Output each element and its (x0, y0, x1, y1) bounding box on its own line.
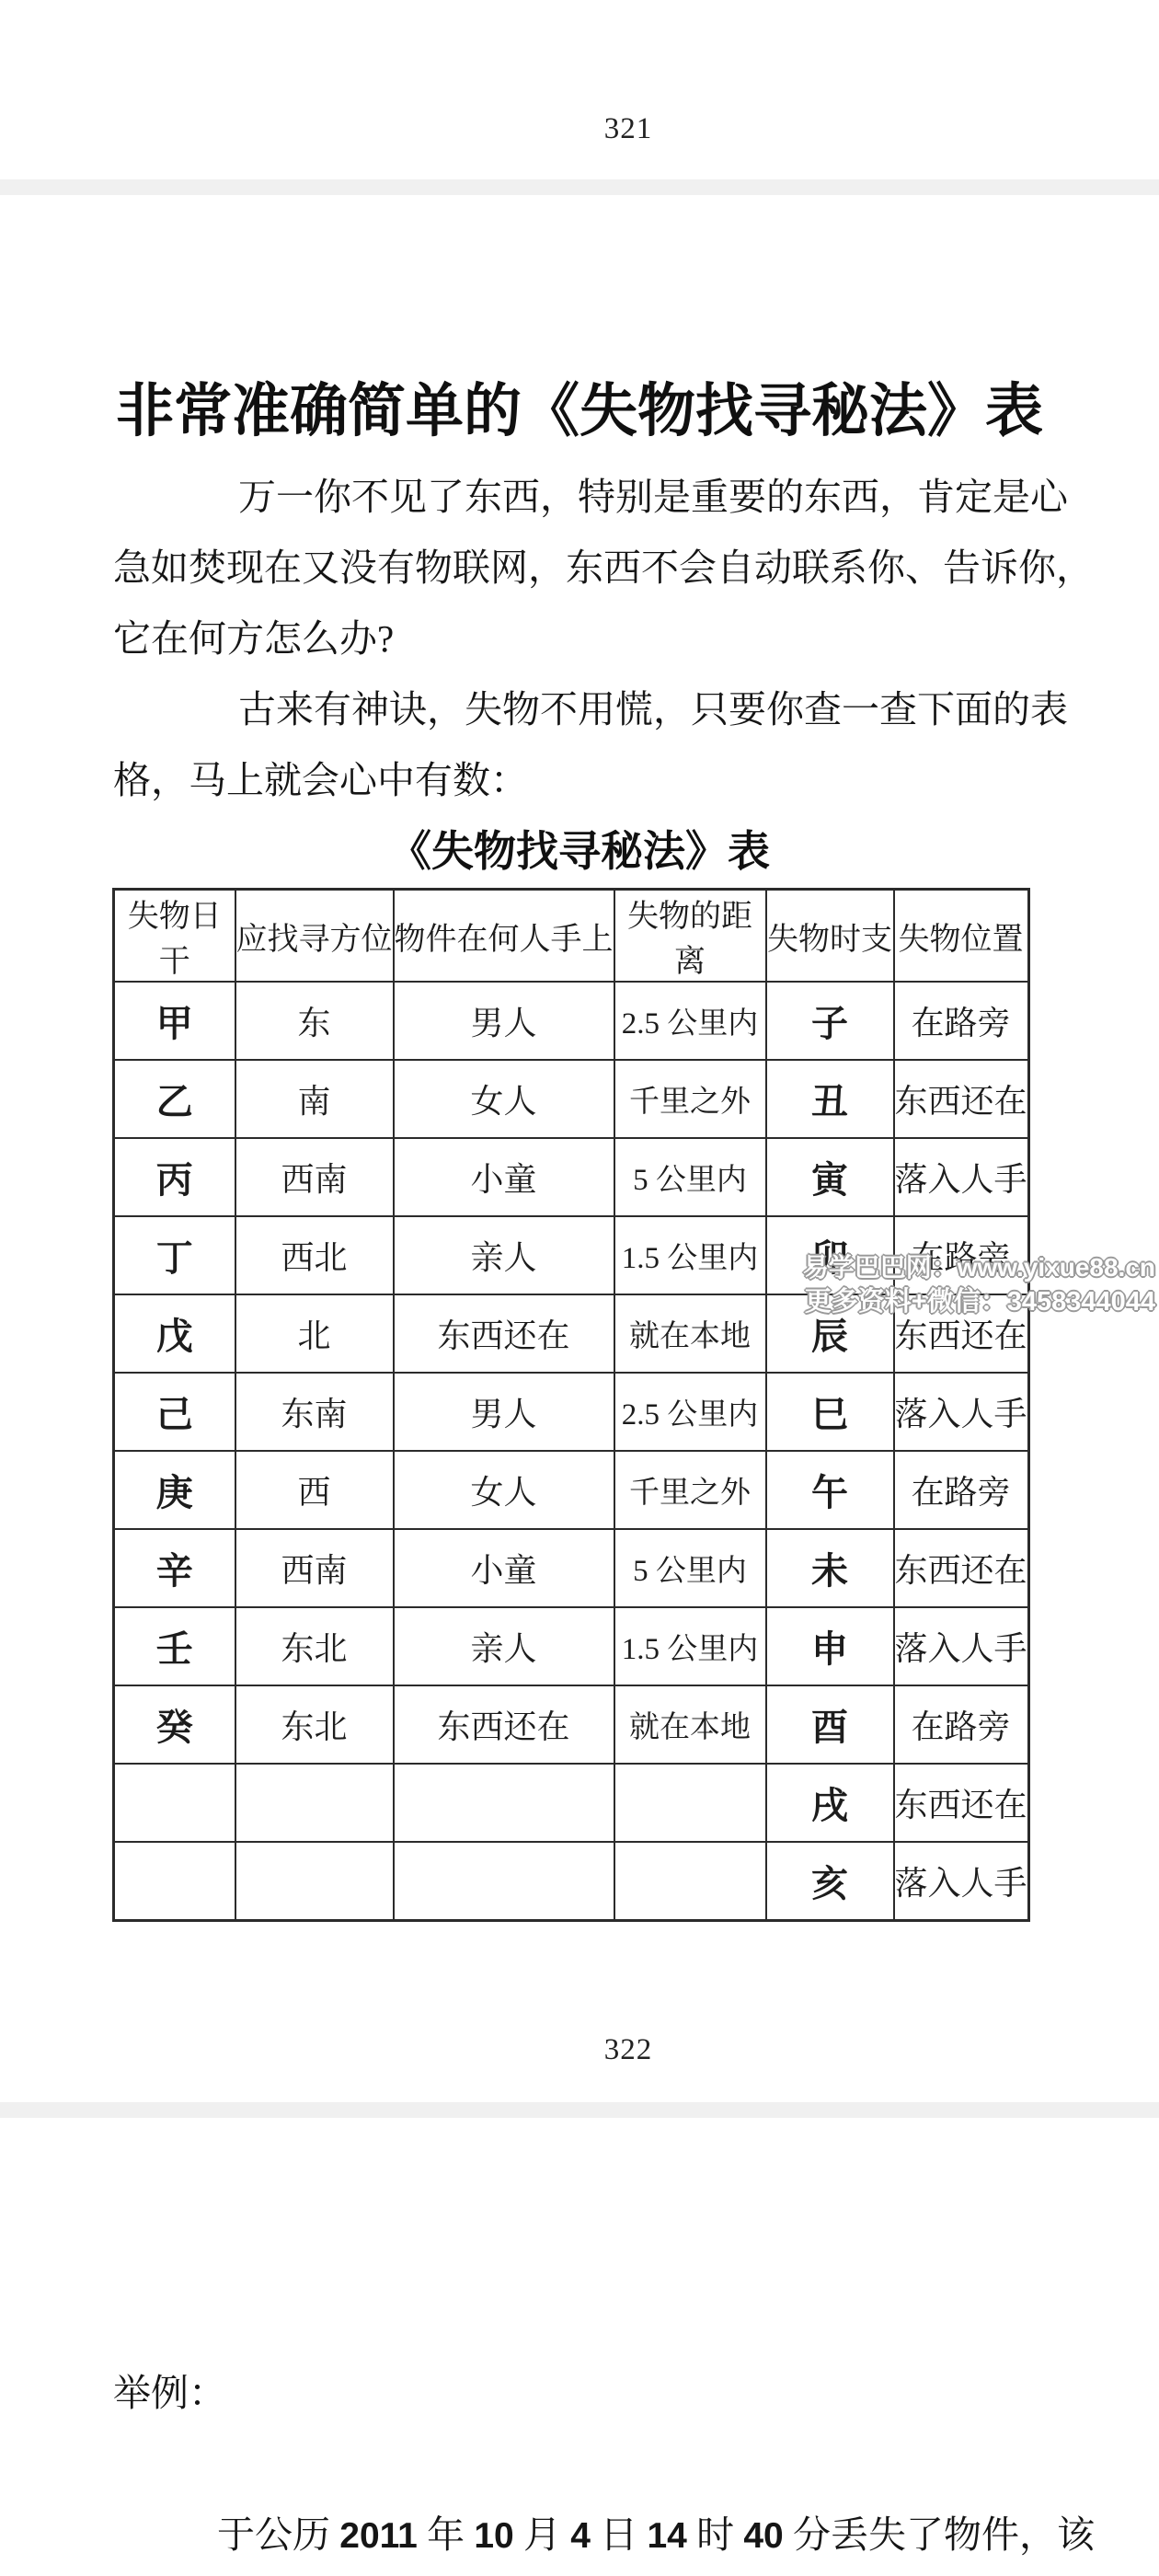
table-cell: 癸 (114, 1685, 235, 1764)
table-cell (114, 1764, 235, 1842)
column-header: 失物位置 (894, 890, 1029, 983)
table-cell: 丁 (114, 1216, 235, 1294)
table-cell: 乙 (114, 1060, 235, 1138)
table-cell: 1.5 公里内 (614, 1216, 766, 1294)
table-cell: 5 公里内 (614, 1138, 766, 1216)
paragraph-1-line-3: 它在何方怎么办? (113, 604, 1070, 674)
table-cell: 小童 (394, 1138, 614, 1216)
example-label: 举例： (113, 2363, 226, 2417)
table-cell: 丙 (114, 1138, 235, 1216)
table-cell: 1.5 公里内 (614, 1607, 766, 1685)
table-cell (614, 1764, 766, 1842)
date-number: 40 (743, 2516, 783, 2556)
date-text: 时 (687, 2513, 744, 2556)
table-cell: 亲人 (394, 1607, 614, 1685)
table-cell: 未 (766, 1529, 894, 1607)
table-cell (235, 1842, 394, 1921)
table-cell: 南 (235, 1060, 394, 1138)
table-cell (394, 1764, 614, 1842)
table-cell: 庚 (114, 1451, 235, 1529)
date-text: 日 (591, 2513, 648, 2556)
table-cell: 北 (235, 1294, 394, 1373)
table-cell: 申 (766, 1607, 894, 1685)
table-cell: 在路旁 (894, 1451, 1029, 1529)
table-row: 庚西女人千里之外午在路旁 (114, 1451, 1029, 1529)
column-header: 失物时支 (766, 890, 894, 983)
table-row: 己东南男人2.5 公里内巳落入人手 (114, 1373, 1029, 1451)
watermark-site-line: 易学巴巴网：www.yixue88.cn (803, 1248, 1155, 1284)
table-cell: 东西还在 (394, 1294, 614, 1373)
table-cell: 壬 (114, 1607, 235, 1685)
table-cell: 东北 (235, 1607, 394, 1685)
table-cell: 女人 (394, 1060, 614, 1138)
table-cell: 女人 (394, 1451, 614, 1529)
table-cell: 落入人手 (894, 1373, 1029, 1451)
date-text: 于公历 (217, 2513, 339, 2556)
table-row: 亥落入人手 (114, 1842, 1029, 1921)
table-row: 丙西南小童5 公里内寅落入人手 (114, 1138, 1029, 1216)
table-cell: 东西还在 (894, 1529, 1029, 1607)
paragraph-1-line-1: 万一你不见了东西，特别是重要的东西，肯定是心 (113, 462, 1070, 533)
table-cell: 2.5 公里内 (614, 982, 766, 1060)
table-cell: 东西还在 (894, 1060, 1029, 1138)
table-cell: 5 公里内 (614, 1529, 766, 1607)
table-cell: 亲人 (394, 1216, 614, 1294)
document-title: 非常准确简单的《失物找寻秘法》表 (0, 364, 1159, 448)
table-cell: 落入人手 (894, 1607, 1029, 1685)
date-number: 10 (474, 2516, 513, 2556)
table-cell: 西南 (235, 1529, 394, 1607)
table-cell: 东 (235, 982, 394, 1060)
date-number: 14 (647, 2516, 686, 2556)
table-cell (394, 1842, 614, 1921)
table-cell: 就在本地 (614, 1685, 766, 1764)
table-cell: 西北 (235, 1216, 394, 1294)
page-separator-band (0, 2102, 1159, 2118)
table-cell: 西 (235, 1451, 394, 1529)
table-row: 乙南女人千里之外丑东西还在 (114, 1060, 1029, 1138)
paragraph-1-line-2: 急如焚现在又没有物联网，东西不会自动联系你、告诉你， (113, 533, 1070, 604)
column-header: 失物的距离 (614, 890, 766, 983)
table-cell: 巳 (766, 1373, 894, 1451)
date-number: 4 (570, 2516, 591, 2556)
table-cell: 己 (114, 1373, 235, 1451)
table-cell: 男人 (394, 982, 614, 1060)
table-row: 戌东西还在 (114, 1764, 1029, 1842)
column-header: 应找寻方位 (235, 890, 394, 983)
watermark-wechat-line: 更多资料+微信：3458344044 (805, 1281, 1155, 1318)
table-cell (614, 1842, 766, 1921)
table-cell: 东北 (235, 1685, 394, 1764)
paragraph-1: 万一你不见了东西，特别是重要的东西，肯定是心 急如焚现在又没有物联网，东西不会自… (113, 462, 1070, 674)
table-cell: 午 (766, 1451, 894, 1529)
table-cell (114, 1842, 235, 1921)
table-caption: 《失物找寻秘法》表 (0, 818, 1159, 879)
date-text: 年 (418, 2513, 475, 2556)
table-cell: 落入人手 (894, 1842, 1029, 1921)
column-header: 失物日干 (114, 890, 235, 983)
table-cell: 落入人手 (894, 1138, 1029, 1216)
date-text: 分丢失了物件，该 (784, 2513, 1095, 2556)
paragraph-2-line-2: 格，马上就会心中有数： (113, 745, 1070, 816)
table-cell: 子 (766, 982, 894, 1060)
table-cell: 东南 (235, 1373, 394, 1451)
paragraph-2: 古来有神诀，失物不用慌，只要你查一查下面的表 格，马上就会心中有数： (113, 674, 1070, 816)
table-cell: 寅 (766, 1138, 894, 1216)
table-row: 甲东男人2.5 公里内子在路旁 (114, 982, 1029, 1060)
column-header: 物件在何人手上 (394, 890, 614, 983)
table-cell: 男人 (394, 1373, 614, 1451)
table-cell: 东西还在 (394, 1685, 614, 1764)
table-cell: 辛 (114, 1529, 235, 1607)
table-cell: 丑 (766, 1060, 894, 1138)
table-cell: 东西还在 (894, 1764, 1029, 1842)
table-cell: 千里之外 (614, 1060, 766, 1138)
table-cell: 2.5 公里内 (614, 1373, 766, 1451)
table-cell: 亥 (766, 1842, 894, 1921)
table-row: 癸东北东西还在就在本地酉在路旁 (114, 1685, 1029, 1764)
table-cell: 千里之外 (614, 1451, 766, 1529)
table-row: 壬东北亲人1.5 公里内申落入人手 (114, 1607, 1029, 1685)
paragraph-2-line-1: 古来有神诀，失物不用慌，只要你查一查下面的表 (113, 674, 1070, 745)
table-cell: 在路旁 (894, 982, 1029, 1060)
table-cell: 酉 (766, 1685, 894, 1764)
date-number: 2011 (339, 2516, 418, 2556)
table-cell: 戊 (114, 1294, 235, 1373)
table-cell: 在路旁 (894, 1685, 1029, 1764)
table-header-row: 失物日干应找寻方位物件在何人手上失物的距离失物时支失物位置 (114, 890, 1029, 983)
lost-item-lookup-table: 失物日干应找寻方位物件在何人手上失物的距离失物时支失物位置 甲东男人2.5 公里… (112, 888, 1030, 1922)
table-cell: 甲 (114, 982, 235, 1060)
page-number-321: 321 (49, 112, 1159, 146)
table-cell: 西南 (235, 1138, 394, 1216)
table-cell: 就在本地 (614, 1294, 766, 1373)
page-number-322: 322 (49, 2033, 1159, 2067)
table-cell: 小童 (394, 1529, 614, 1607)
table-cell: 戌 (766, 1764, 894, 1842)
table-cell (235, 1764, 394, 1842)
example-date-line: 于公历 2011 年 10 月 4 日 14 时 40 分丢失了物件，该 (113, 2504, 1088, 2559)
table-row: 辛西南小童5 公里内未东西还在 (114, 1529, 1029, 1607)
scanned-document-page: { "footer_top": { "page_number": "321" }… (0, 0, 1159, 2576)
page-separator-band (0, 179, 1159, 195)
date-text: 月 (514, 2513, 571, 2556)
